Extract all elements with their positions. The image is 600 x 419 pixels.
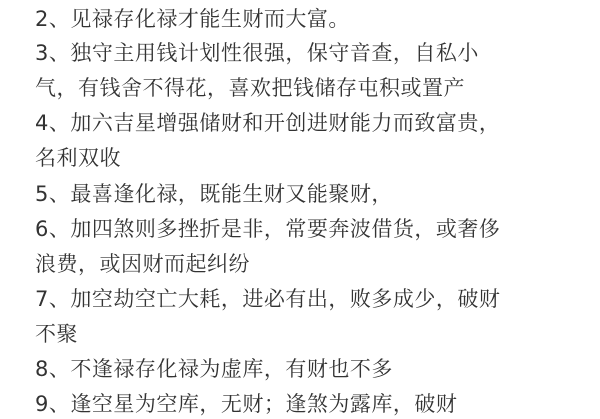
text-line-item-7: 7、加空劫空亡大耗，进必有出，败多成少，破财 <box>35 284 500 314</box>
text-line-item-3: 3、独守主用钱计划性很强，保守音查，自私小 <box>35 38 479 68</box>
text-line-item-9: 9、逢空星为空库，无财；逢煞为露库，破财 <box>35 389 457 400</box>
text-line-item-5: 5、最喜逢化禄，既能生财又能聚财， <box>35 179 393 209</box>
text-line-item-4-cont: 名利双收 <box>35 143 121 173</box>
text-line-item-8: 8、不逢禄存化禄为虚库，有财也不多 <box>35 354 393 384</box>
text-line-item-6: 6、加四煞则多挫折是非，常要奔波借货，或奢侈 <box>35 214 500 244</box>
text-line-item-2: 2、见禄存化禄才能生财而大富。 <box>35 4 350 34</box>
text-line-item-7-cont: 不聚 <box>35 319 78 349</box>
text-line-item-3-cont: 气，有钱舍不得花，喜欢把钱储存屯积或置产 <box>35 73 465 103</box>
text-line-item-4: 4、加六吉星增强储财和开创进财能力而致富贵， <box>35 108 500 138</box>
text-line-item-6-cont: 浪费，或因财而起纠纷 <box>35 249 250 279</box>
